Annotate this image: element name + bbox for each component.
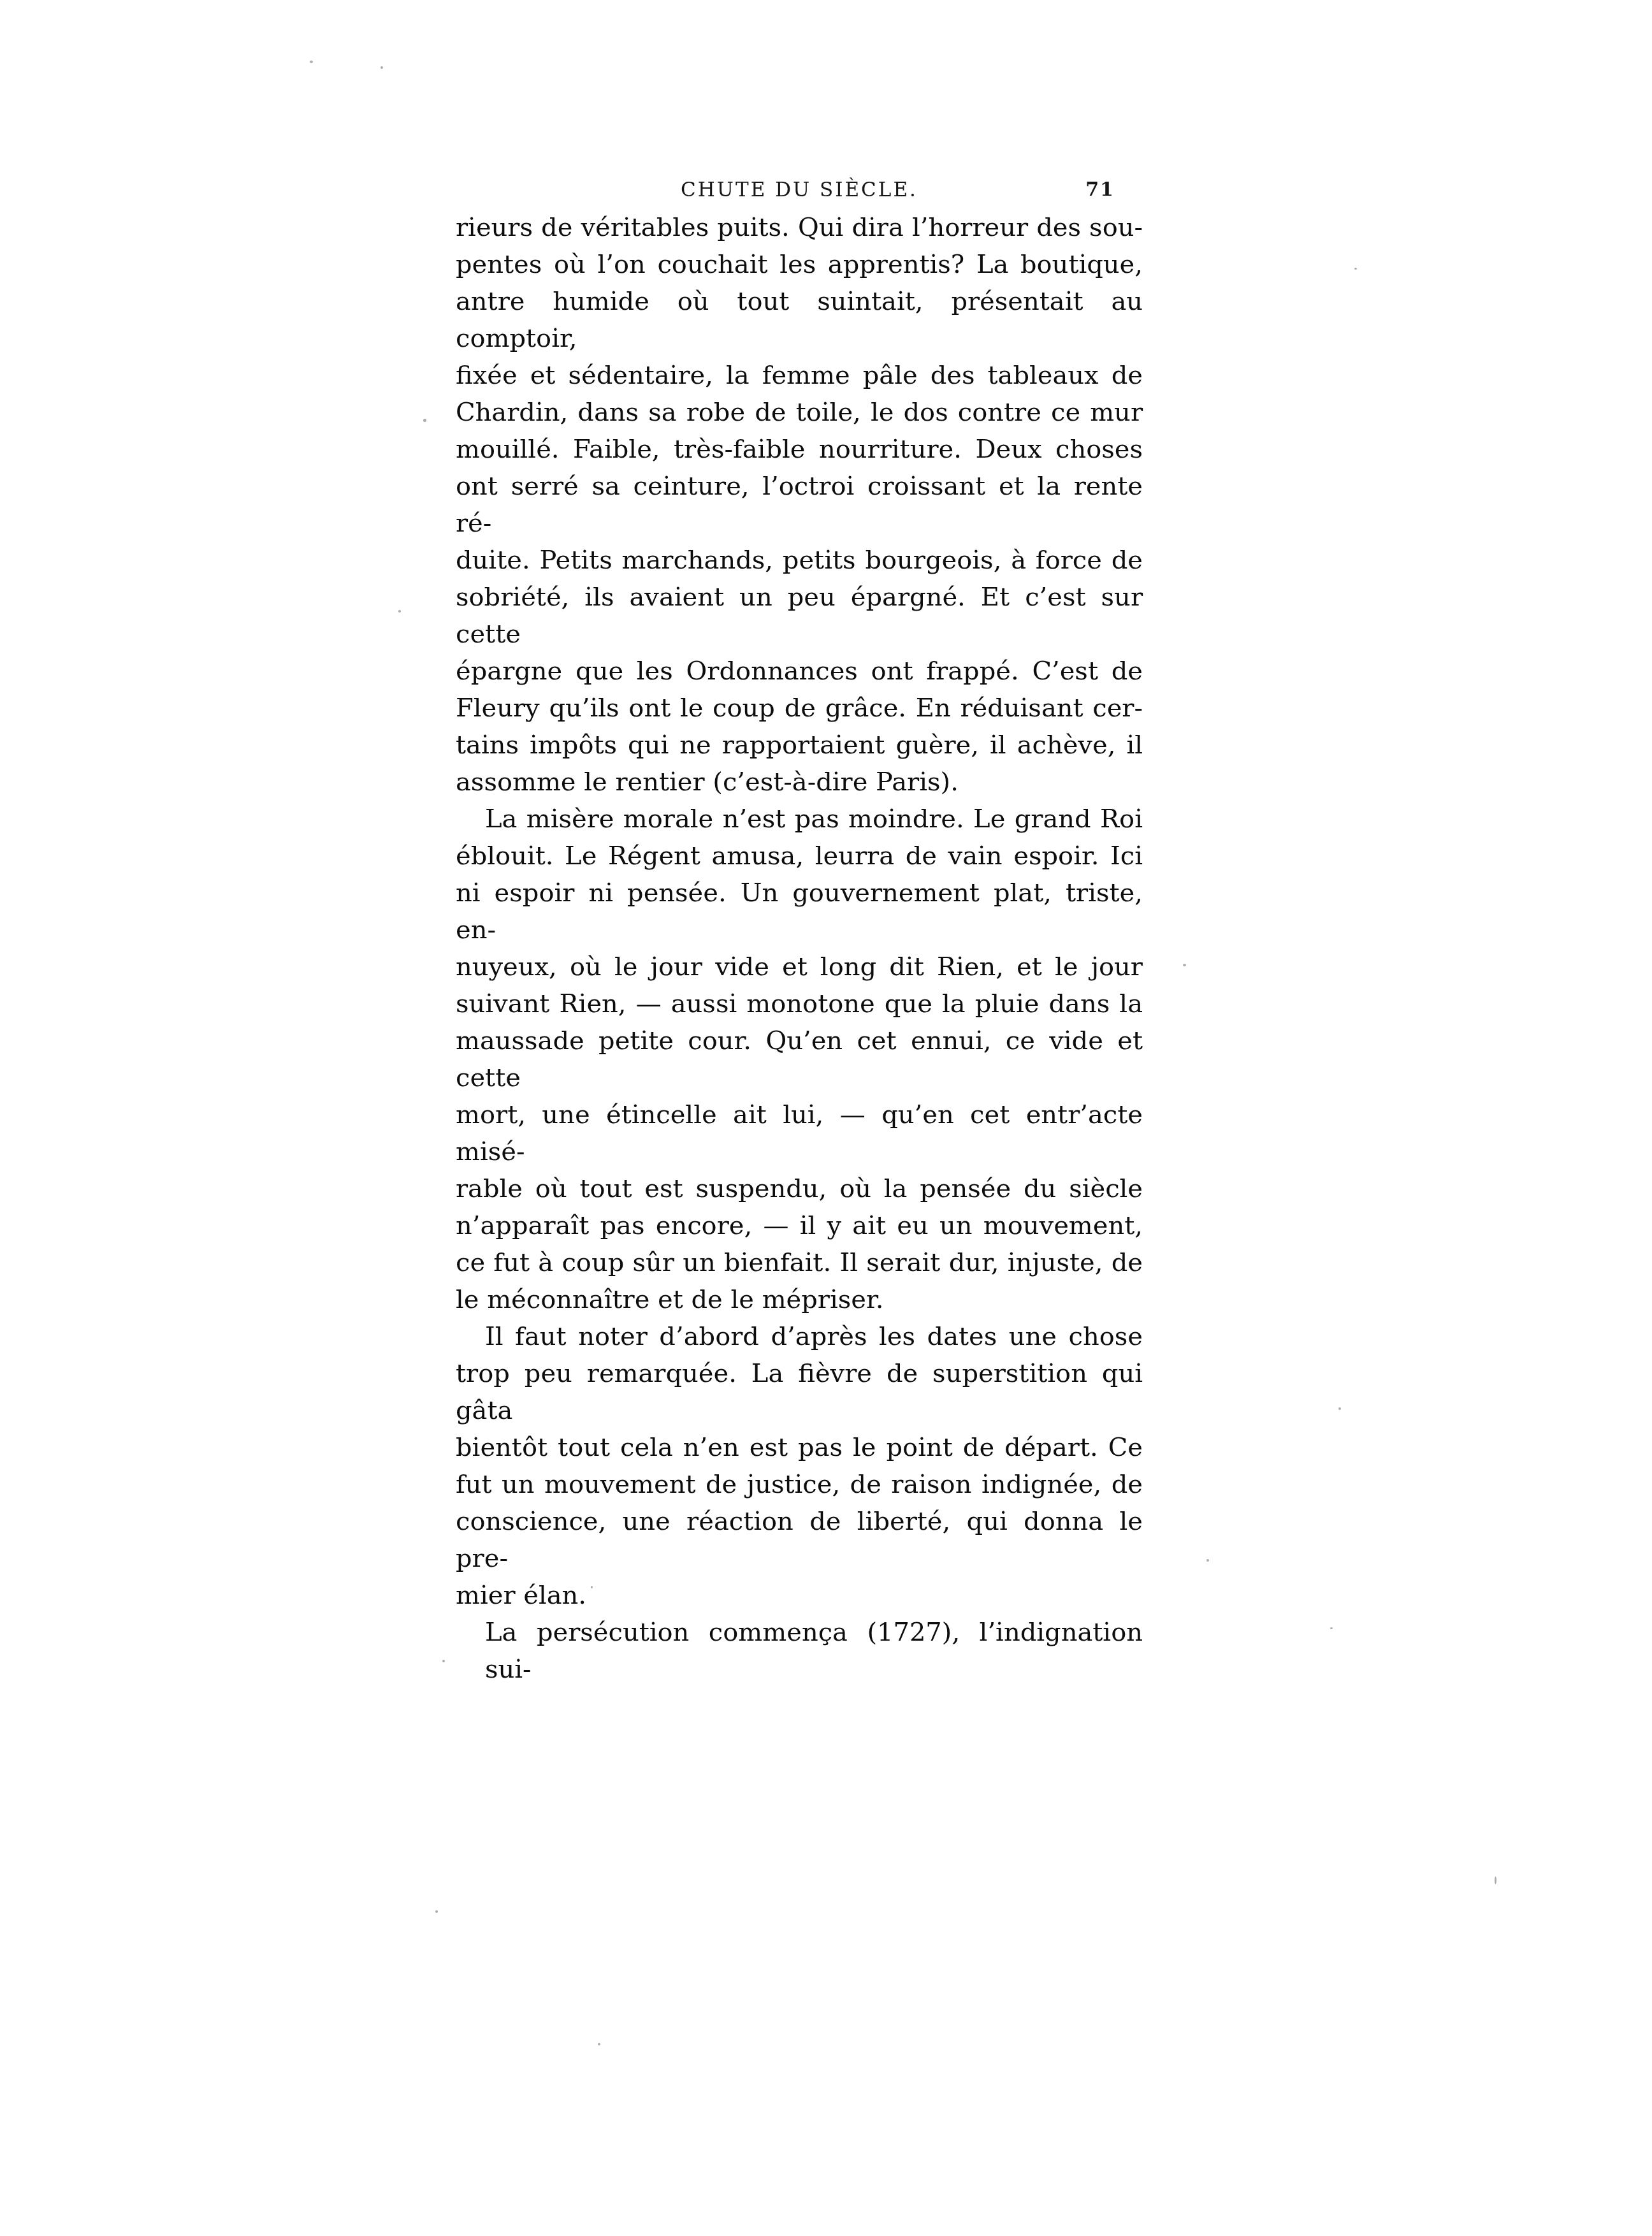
text-line: éblouit. Le Régent amusa, leurra de vain… xyxy=(456,838,1143,875)
text-line: ce fut à coup sûr un bienfait. Il serait… xyxy=(456,1244,1143,1281)
scan-speck xyxy=(1354,268,1357,270)
scan-speck xyxy=(380,66,383,69)
scan-speck xyxy=(310,61,313,63)
text-line: n’apparaît pas encore, — il y ait eu un … xyxy=(456,1207,1143,1244)
text-line: nuyeux, où le jour vide et long dit Rien… xyxy=(456,948,1143,985)
book-page: CHUTE DU SIÈCLE. 71 rieurs de véritables… xyxy=(0,0,1652,2236)
scan-speck xyxy=(435,1910,438,1913)
text-line: fixée et sédentaire, la femme pâle des t… xyxy=(456,357,1143,394)
text-line: duite. Petits marchands, petits bourgeoi… xyxy=(456,542,1143,579)
text-line: mier élan. xyxy=(456,1577,1143,1614)
text-line: conscience, une réaction de liberté, qui… xyxy=(456,1503,1143,1577)
text-line: antre humide où tout suintait, présentai… xyxy=(456,283,1143,357)
running-title: CHUTE DU SIÈCLE. xyxy=(456,178,1143,201)
scan-speck xyxy=(591,1586,593,1588)
scan-speck xyxy=(1206,1559,1209,1562)
page-number: 71 xyxy=(1085,178,1115,201)
scan-speck xyxy=(598,2043,600,2045)
scan-speck xyxy=(1495,1877,1496,1884)
text-line: Fleury qu’ils ont le coup de grâce. En r… xyxy=(456,690,1143,727)
text-line: trop peu remarquée. La fièvre de superst… xyxy=(456,1355,1143,1429)
text-line: rieurs de véritables puits. Qui dira l’h… xyxy=(456,209,1143,246)
text-line: Chardin, dans sa robe de toile, le dos c… xyxy=(456,394,1143,431)
text-line: mort, une étincelle ait lui, — qu’en cet… xyxy=(456,1096,1143,1170)
scan-speck xyxy=(442,1660,445,1662)
text-line: La misère morale n’est pas moindre. Le g… xyxy=(456,801,1143,838)
scan-speck xyxy=(423,419,426,422)
text-line: suivant Rien, — aussi monotone que la pl… xyxy=(456,985,1143,1022)
text-line: rable où tout est suspendu, où la pensée… xyxy=(456,1170,1143,1207)
text-line: ont serré sa ceinture, l’octroi croissan… xyxy=(456,468,1143,542)
text-block: rieurs de véritables puits. Qui dira l’h… xyxy=(456,209,1143,1688)
text-line: Il faut noter d’abord d’après les dates … xyxy=(456,1318,1143,1355)
page-header: CHUTE DU SIÈCLE. 71 xyxy=(456,178,1143,207)
scan-speck xyxy=(1183,964,1186,966)
scan-speck xyxy=(1338,1407,1341,1410)
scan-speck xyxy=(398,610,401,613)
text-line: pentes où l’on couchait les apprentis? L… xyxy=(456,246,1143,283)
text-line: ni espoir ni pensée. Un gouvernement pla… xyxy=(456,875,1143,948)
text-line: bientôt tout cela n’en est pas le point … xyxy=(456,1429,1143,1466)
text-line: sobriété, ils avaient un peu épargné. Et… xyxy=(456,579,1143,653)
text-line: maussade petite cour. Qu’en cet ennui, c… xyxy=(456,1022,1143,1096)
text-line: tains impôts qui ne rapportaient guère, … xyxy=(456,727,1143,764)
text-line: mouillé. Faible, très-faible nourriture.… xyxy=(456,431,1143,468)
scan-speck xyxy=(1330,1627,1333,1629)
text-line: fut un mouvement de justice, de raison i… xyxy=(456,1466,1143,1503)
text-line: assomme le rentier (c’est-à-dire Paris). xyxy=(456,764,1143,801)
text-line: le méconnaître et de le mépriser. xyxy=(456,1281,1143,1318)
text-line: épargne que les Ordonnances ont frappé. … xyxy=(456,653,1143,690)
text-line: La persécution commença (1727), l’indign… xyxy=(456,1614,1143,1688)
